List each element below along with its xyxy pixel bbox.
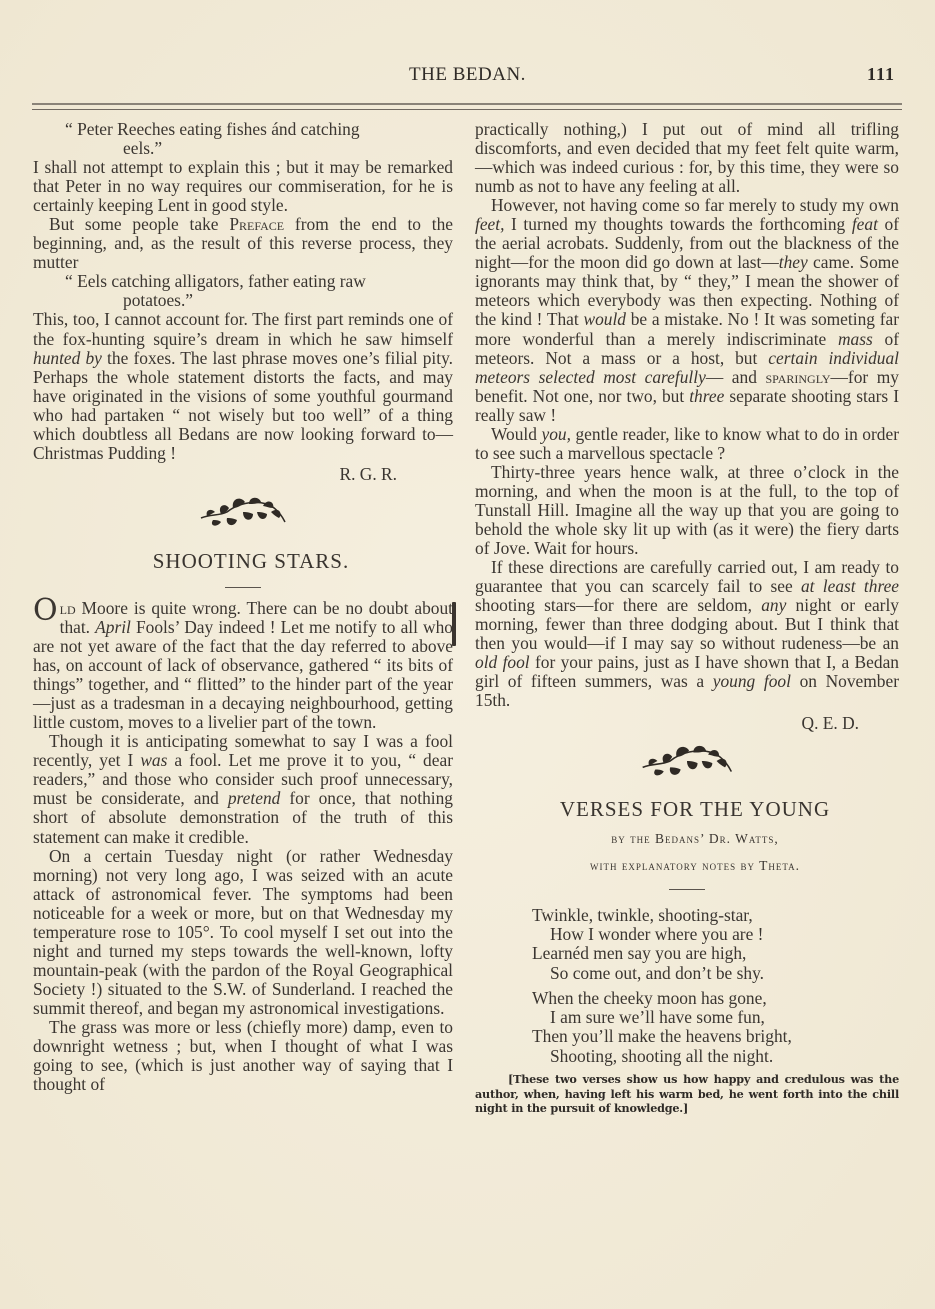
paragraph: I shall not attempt to explain this ; bu… [33, 158, 453, 215]
verse-line: Shooting, shooting all the night. [532, 1046, 773, 1066]
drop-cap: O [33, 601, 58, 621]
byline-author: by the Bedans’ Dr. Watts, [475, 829, 899, 848]
quote-eels: “ Eels catching alligators, father eatin… [33, 272, 453, 310]
verse-line: When the cheeky moon has gone, [475, 989, 899, 1008]
paragraph: Would you, gentle reader, like to know w… [475, 425, 899, 463]
paragraph: The grass was more or less (chiefly more… [33, 1018, 453, 1094]
paragraph-opening: Old Moore is quite wrong. There can be n… [33, 599, 453, 732]
verse-line: How I wonder where you are ! [532, 924, 763, 944]
paragraph: But some people take Preface from the en… [33, 215, 453, 272]
verse-line: So come out, and don’t be shy. [532, 963, 764, 983]
quote-line: potatoes.” [49, 291, 453, 310]
paragraph: Thirty-three years hence walk, at three … [475, 463, 899, 558]
explanatory-note: [These two verses show us how happy and … [475, 1072, 899, 1116]
header-rule-bottom [32, 109, 902, 110]
quote-peter: “ Peter Reeches eating fishes ánd catchi… [33, 120, 453, 158]
leaf-ornament-icon [197, 494, 289, 530]
paragraph: On a certain Tuesday night (or rather We… [33, 847, 453, 1018]
magazine-page: THE BEDAN. 111 “ Peter Reeches eating fi… [0, 0, 935, 1309]
page-number: 111 [867, 64, 895, 85]
ink-mark [452, 602, 456, 646]
paragraph: practically nothing,) I put out of mind … [475, 120, 899, 196]
paragraph: This, too, I cannot account for. The fir… [33, 310, 453, 462]
running-header: THE BEDAN. 111 [0, 64, 935, 94]
byline-notes: with explanatory notes by Theta. [475, 856, 899, 875]
quote-line: “ Eels catching alligators, father eatin… [65, 271, 366, 291]
verse-line: Then you’ll make the heavens bright, [475, 1027, 899, 1046]
verse-stanza-2: When the cheeky moon has gone, I am sure… [475, 989, 899, 1066]
title-rule [669, 889, 705, 890]
verse-stanza-1: Twinkle, twinkle, shooting-star, How I w… [475, 906, 899, 983]
quote-line: “ Peter Reeches eating fishes ánd catchi… [65, 119, 360, 139]
title-rule [225, 587, 261, 588]
verse-line: Learnéd men say you are high, [475, 944, 899, 963]
article-title-shooting-stars: SHOOTING STARS. [33, 552, 453, 571]
header-rule-top [32, 103, 902, 105]
verse-line: I am sure we’ll have some fun, [532, 1007, 765, 1027]
verse-line: Twinkle, twinkle, shooting-star, [475, 906, 899, 925]
left-column: “ Peter Reeches eating fishes ánd catchi… [33, 120, 453, 1094]
quote-line: eels.” [49, 139, 453, 158]
paragraph: Though it is anticipating somewhat to sa… [33, 732, 453, 846]
signature: R. G. R. [33, 465, 453, 484]
publication-title: THE BEDAN. [0, 64, 935, 86]
leaf-ornament-icon [637, 742, 737, 780]
paragraph: If these directions are carefully carrie… [475, 558, 899, 710]
paragraph: However, not having come so far merely t… [475, 196, 899, 425]
right-column: practically nothing,) I put out of mind … [475, 120, 899, 1116]
article-title-verses: VERSES FOR THE YOUNG [475, 800, 899, 819]
signature: Q. E. D. [475, 714, 899, 733]
